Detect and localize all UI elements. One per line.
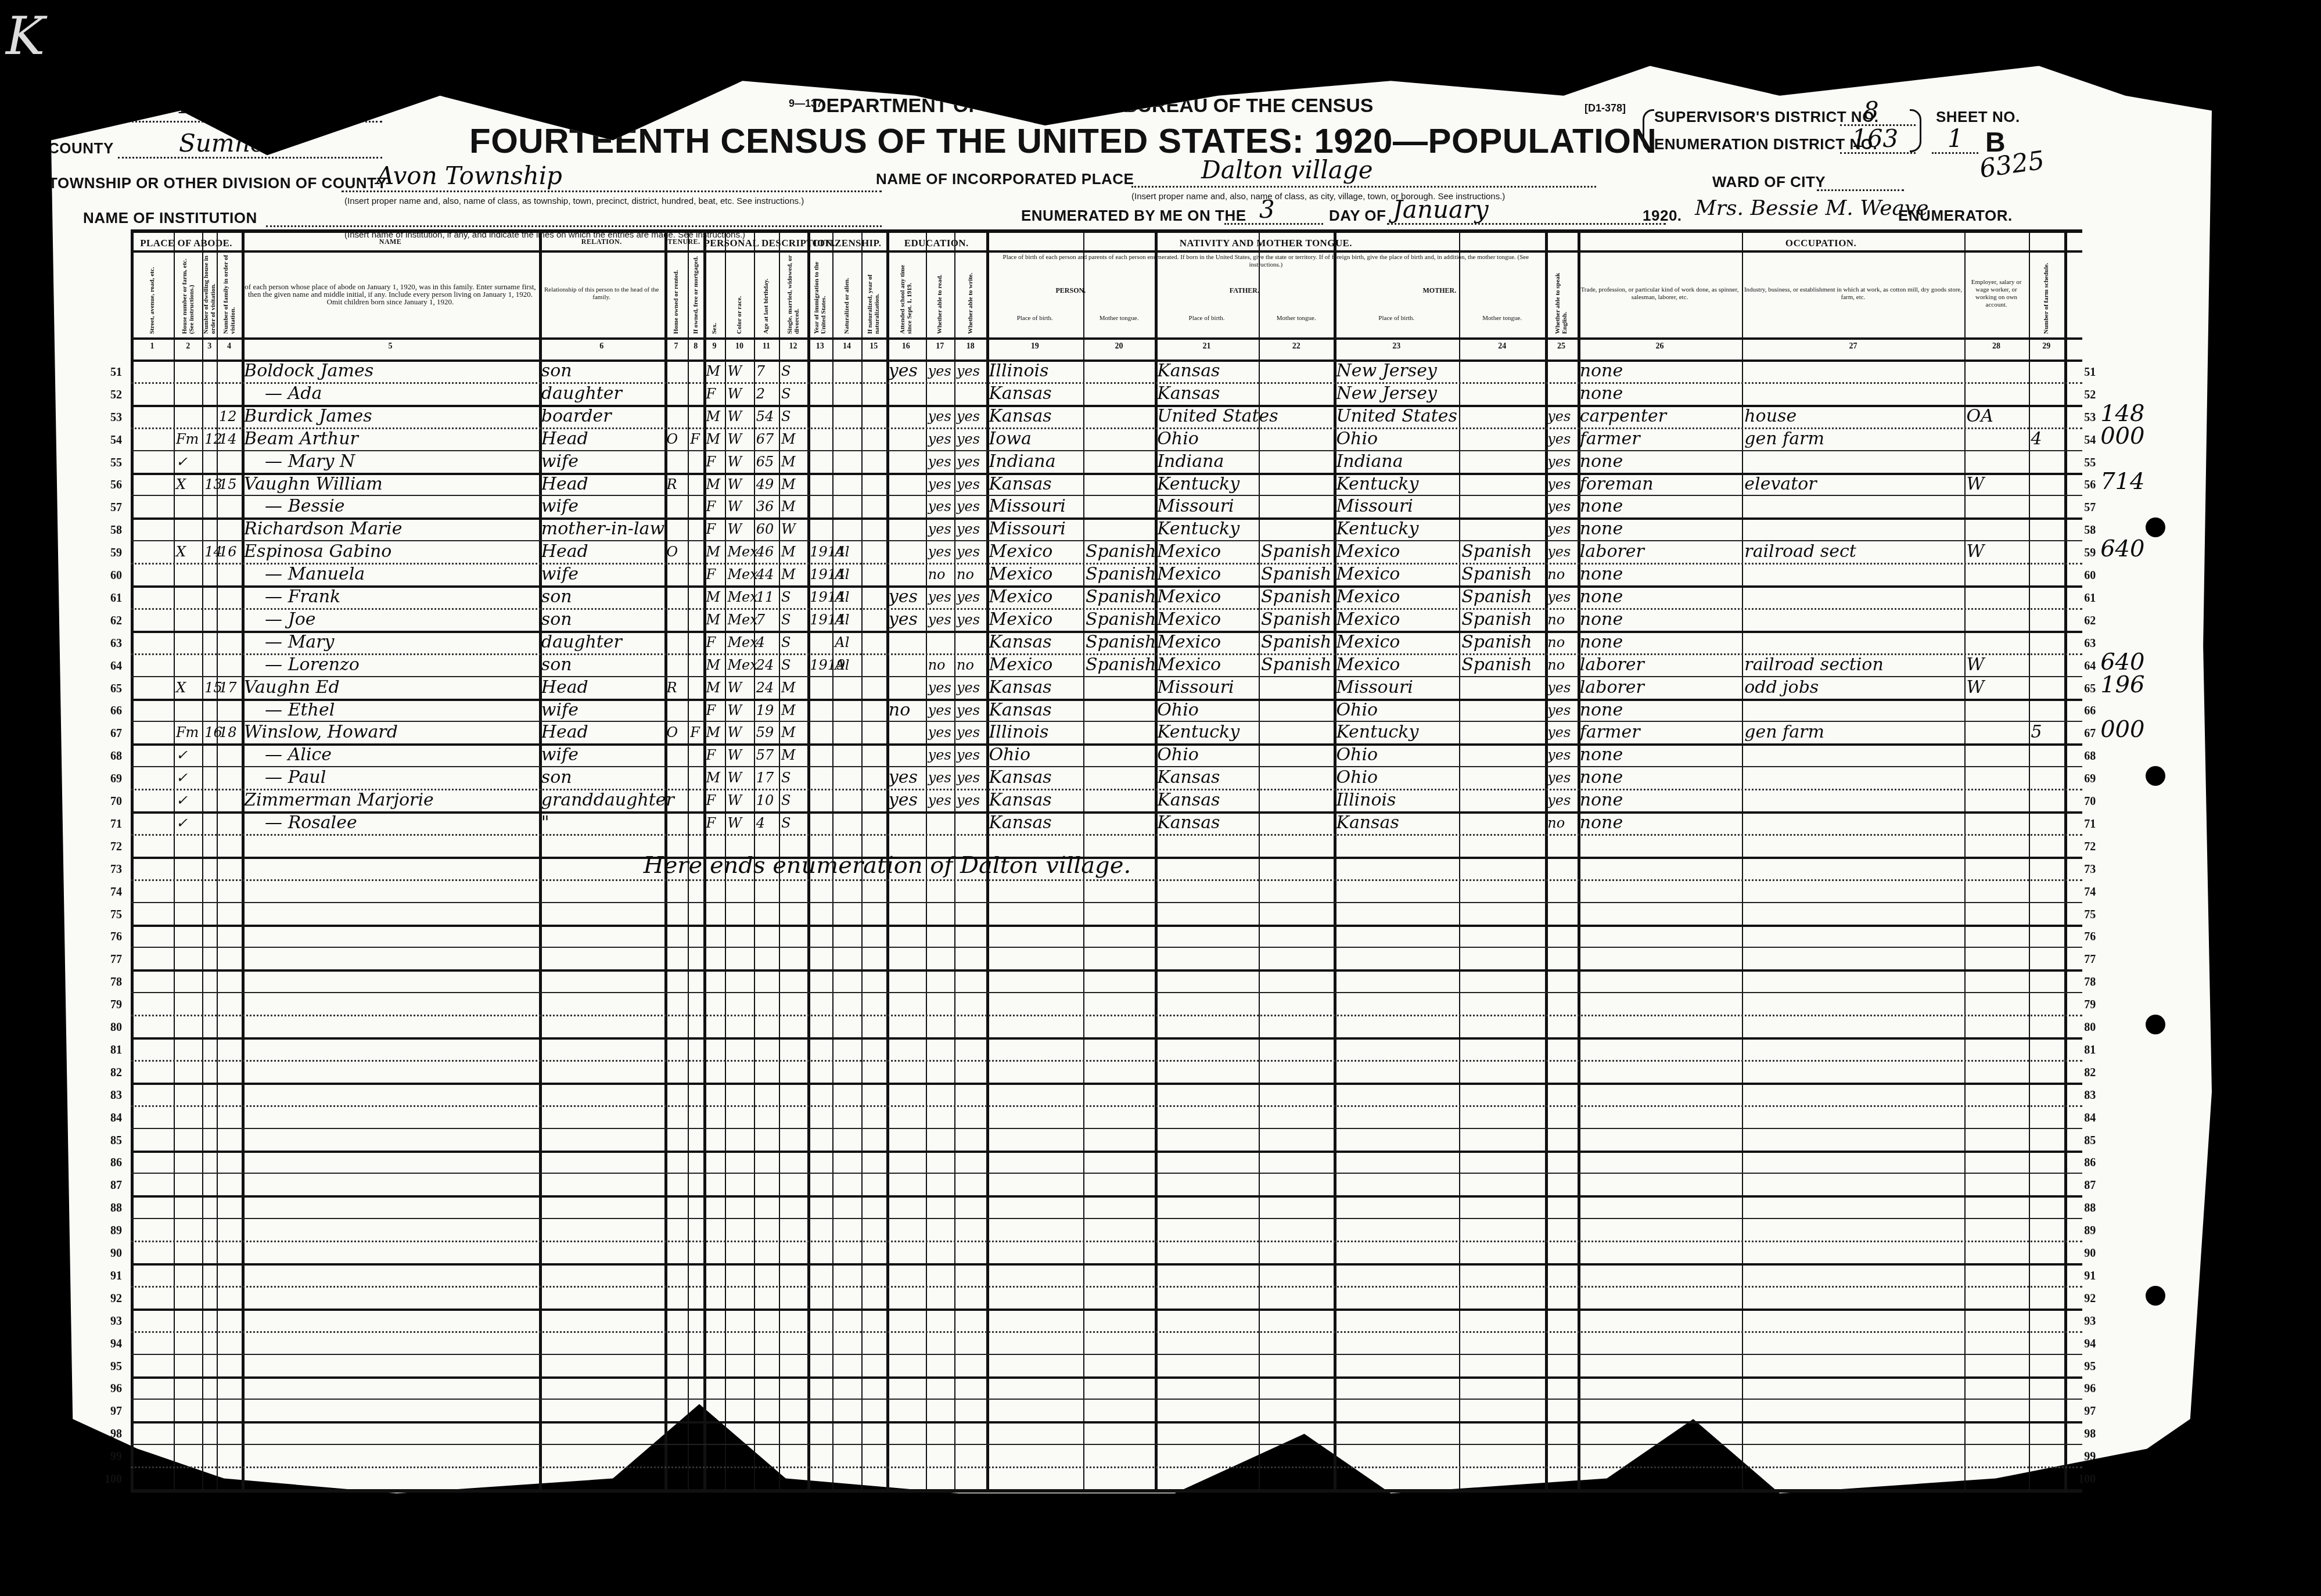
cell-race: W [727,361,742,382]
column-number: 29 [2029,342,2065,351]
page-title: FOURTEENTH CENSUS OF THE UNITED STATES: … [469,121,1657,161]
cell-c17: yes [928,767,951,788]
cell-c17: no [928,655,946,675]
day-of-label: DAY OF [1329,207,1386,225]
cell-race: W [727,790,742,811]
column-header-16: Attended school any time since Sept. 1, … [886,251,926,336]
cell-age: 57 [756,745,774,765]
enumeration-district-value: 163 [1852,124,1898,153]
margin-note: 196 [2100,671,2144,698]
cell-ms: S [781,655,791,675]
cell-mpob: Mexico [1336,632,1400,653]
cell-mt: Spanish [1086,632,1156,653]
cell-fmt: Spanish [1261,541,1331,562]
cell-rel: son [541,609,572,630]
incorporated-place-value: Dalton village [1201,156,1373,184]
cell-c17: yes [928,496,951,517]
cell-fpob: Kansas [1157,383,1220,404]
cell-pob: Kansas [989,813,1051,833]
column-number: 24 [1459,342,1545,351]
line-number-left: 66 [99,704,122,718]
cell-mpob: Ohio [1336,745,1378,765]
cell-fpob: Mexico [1157,632,1221,653]
cell-mpob: Mexico [1336,564,1400,585]
cell-mmt: Spanish [1461,587,1532,608]
cell-occ: laborer [1580,677,1644,698]
cell-age: 2 [756,383,765,404]
line-number-right: 100 [2072,1473,2096,1486]
line-number-left: 56 [99,479,122,492]
column-number: 1 [131,342,174,351]
line-number-left: 60 [99,569,122,583]
cell-mpob: Mexico [1336,587,1400,608]
table-row: ✓Zimmerman MarjoriegranddaughterFW10Syes… [131,789,2082,811]
cell-rel: daughter [541,632,622,653]
cell-c29: 4 [2031,429,2042,450]
cell-sex: F [706,813,716,833]
cell-age: 59 [756,722,774,743]
cell-c25: no [1547,609,1565,630]
cell-c17: yes [928,700,951,721]
cell-c18: yes [957,767,980,788]
cell-race: W [727,474,742,495]
cell-sex: F [706,790,716,811]
column-group-title: OCCUPATION. [1578,238,2064,249]
cell-age: 19 [756,700,774,721]
column-number: 8 [688,342,703,351]
cell-name: — Mary [265,632,334,653]
cell-fpob: Mexico [1157,587,1221,608]
cell-mmt: Spanish [1461,655,1532,675]
cell-rel: mother-in-law [541,519,664,540]
cell-mmt: Spanish [1461,541,1532,562]
column-header-11: Age at last birthday. [754,251,779,336]
cell-sex: M [706,474,720,495]
column-number: 17 [926,342,954,351]
cell-mpob: Missouri [1336,496,1413,517]
line-number-left: 83 [99,1089,122,1102]
cell-sex: F [706,745,716,765]
enumerated-month: January [1393,195,1489,224]
cell-c25: yes [1547,745,1571,765]
column-number: 7 [664,342,688,351]
cell-c14: Al [835,587,849,608]
cell-rel: son [541,767,572,788]
cell-mt: Spanish [1086,609,1156,630]
institution-label: NAME OF INSTITUTION [83,209,257,227]
cell-c14: Al [835,541,849,562]
cell-sex: M [706,655,720,675]
column-header-19: Place of birth. [986,301,1083,335]
line-number-right: 76 [2072,930,2096,944]
line-number-right: 99 [2072,1450,2096,1464]
cell-fmt: Spanish [1261,632,1331,653]
sheet-number-value: 1 [1948,124,1963,153]
cell-sex: M [706,541,720,562]
cell-c18: yes [957,745,980,765]
cell-ms: M [781,541,796,562]
column-number: 27 [1742,342,1964,351]
column-header-4: Number of family in order of visitation. [217,251,242,336]
line-number-left: 81 [99,1044,122,1057]
cell-ms: M [781,474,796,495]
cell-occ: foreman [1580,474,1654,495]
column-header-9: Sex. [703,251,725,336]
cell-c7: O [667,722,678,743]
cell-c14: Al [835,564,849,585]
cell-ms: M [781,429,796,450]
cell-age: 65 [756,451,774,472]
cell-occ: none [1580,587,1623,608]
cell-ms: S [781,406,791,427]
cell-c25: yes [1547,767,1571,788]
cell-c4: 16 [219,541,237,562]
cell-ms: M [781,451,796,472]
cell-name: — Ada [265,383,322,404]
cell-mpob: Kentucky [1336,474,1418,495]
cell-c25: yes [1547,790,1571,811]
line-number-left: 55 [99,456,122,470]
cell-c28: OA [1967,406,1993,427]
cell-fpob: Mexico [1157,655,1221,675]
form-code: [D1-378] [1585,102,1626,114]
cell-c25: no [1547,632,1565,653]
cell-age: 44 [756,564,774,585]
cell-c18: yes [957,541,980,562]
line-number-left: 78 [99,976,122,989]
cell-ms: S [781,813,791,833]
column-header-8: If owned, free or mortgaged. [688,251,703,336]
cell-c25: yes [1547,541,1571,562]
year-label: 1920. [1643,207,1682,225]
column-header-18: Whether able to write. [954,251,986,336]
cell-name: — Bessie [265,496,344,517]
line-number-left: 77 [99,953,122,966]
cell-name: — Rosalee [265,813,357,833]
cell-mt: Spanish [1086,564,1156,585]
cell-c2: X [176,677,186,698]
column-header-29: Number of farm schedule. [2029,251,2065,336]
cell-pob: Mexico [989,609,1052,630]
cell-occ: none [1580,745,1623,765]
column-header-6: Relationship of this person to the head … [539,251,664,336]
column-number: 25 [1545,342,1577,351]
column-number: 2 [174,342,202,351]
cell-ind: railroad section [1744,655,1883,675]
cell-race: W [727,451,742,472]
cell-pob: Missouri [989,519,1065,540]
line-number-left: 73 [99,863,122,876]
cell-c7: O [667,541,678,562]
cell-race: Mex [727,564,757,585]
cell-c18: yes [957,406,980,427]
cell-rel: granddaughter [541,790,674,811]
line-number-left: 53 [99,411,122,425]
column-number: 9 [703,342,725,351]
line-number-left: 85 [99,1134,122,1148]
cell-fpob: Kansas [1157,361,1220,382]
cell-rel: Head [541,541,588,562]
line-number-left: 67 [99,727,122,741]
cell-c16: yes [889,609,918,630]
line-number-left: 62 [99,614,122,628]
cell-c25: no [1547,655,1565,675]
line-number-left: 90 [99,1247,122,1260]
cell-mpob: Mexico [1336,609,1400,630]
table-row: X1315Vaughn WilliamHeadRMW49MyesyesKansa… [131,473,2082,495]
table-row: X1517Vaughn EdHeadRMW24MyesyesKansasMiss… [131,676,2082,699]
cell-c17: yes [928,722,951,743]
cell-age: 36 [756,496,774,517]
cell-name: — Lorenzo [265,655,360,675]
column-header-24: Mother tongue. [1459,301,1545,335]
line-number-left: 54 [99,434,122,447]
cell-age: 46 [756,541,774,562]
cell-name: — Paul [265,767,326,788]
cell-fpob: Kentucky [1157,474,1239,495]
cell-race: Mex [727,609,757,630]
cell-race: Mex [727,541,757,562]
cell-ms: S [781,383,791,404]
line-number-right: 90 [2072,1247,2096,1260]
line-number-left: 94 [99,1338,122,1351]
cell-rel: boarder [541,406,612,427]
table-row: ✓— PaulsonMW17SyesyesyesKansasKansasOhio… [131,766,2082,789]
cell-name: Vaughn Ed [244,677,340,698]
margin-note: 000 [2100,716,2144,743]
column-group-title: TENURE. [664,238,704,246]
cell-pob: Mexico [989,564,1052,585]
margin-note: 000 [2100,423,2144,450]
cell-c2: Fm [176,722,199,743]
cell-ms: S [781,609,791,630]
table-row: — FranksonMMex11S1914AlyesyesyesMexicoSp… [131,585,2082,608]
cell-age: 54 [756,406,774,427]
line-number-right: 94 [2072,1338,2096,1351]
cell-race: W [727,813,742,833]
cell-mpob: New Jersey [1336,383,1436,404]
cell-fpob: Kansas [1157,813,1220,833]
column-header-14: Naturalized or alien. [832,251,861,336]
table-row: Richardson Mariemother-in-lawFW60Wyesyes… [131,517,2082,540]
line-number-left: 91 [99,1270,122,1283]
line-number-right: 83 [2072,1089,2096,1102]
cell-ms: M [781,564,796,585]
cell-c14: Al [835,655,849,675]
cell-c18: yes [957,609,980,630]
punch-hole [2146,1286,2165,1306]
line-number-left: 58 [99,524,122,537]
cell-mpob: Missouri [1336,677,1413,698]
county-value: Sumner [179,129,276,157]
cell-name: Boldock James [244,361,373,382]
cell-c16: yes [889,587,918,608]
cell-c18: yes [957,700,980,721]
nativity-subhead-father: FATHER. [1155,286,1334,295]
cell-c8: F [690,722,700,743]
column-number: 21 [1155,342,1259,351]
cell-sex: F [706,451,716,472]
cell-sex: F [706,496,716,517]
cell-c18: yes [957,677,980,698]
cell-rel: " [541,813,549,833]
cell-sex: M [706,587,720,608]
cell-rel: Head [541,474,588,495]
cell-c25: yes [1547,406,1571,427]
department-heading: DEPARTMENT OF COMMERCE—BUREAU OF THE CEN… [812,95,1374,117]
cell-c17: yes [928,519,951,540]
cell-age: 4 [756,632,765,653]
cell-c2: ✓ [176,451,188,472]
table-row: — EthelwifeFW19MnoyesyesKansasOhioOhioye… [131,699,2082,721]
cell-race: Mex [727,632,757,653]
cell-sex: M [706,767,720,788]
cell-occ: none [1580,361,1623,382]
cell-c17: yes [928,451,951,472]
column-number: 20 [1083,342,1155,351]
cell-c4: 15 [219,474,237,495]
column-header-3: Number of dwelling house in order of vis… [202,251,217,336]
table-row: 12Burdick JamesboarderMW54SyesyesKansasU… [131,405,2082,427]
column-number: 13 [807,342,832,351]
line-number-right: 77 [2072,953,2096,966]
cell-mpob: Ohio [1336,767,1378,788]
cell-c4: 18 [219,722,237,743]
column-group-title: NATIVITY AND MOTHER TONGUE. [986,238,1545,249]
line-number-right: 81 [2072,1044,2096,1057]
enumerated-label: ENUMERATED BY ME ON THE [1021,207,1246,225]
cell-c25: yes [1547,474,1571,495]
line-number-left: 64 [99,660,122,673]
line-number-left: 74 [99,886,122,899]
column-header-22: Mother tongue. [1259,301,1334,335]
table-row: — BessiewifeFW36MyesyesMissouriMissouriM… [131,495,2082,517]
cell-c2: X [176,474,186,495]
cell-c18: yes [957,451,980,472]
cell-fmt: Spanish [1261,655,1331,675]
line-number-right: 88 [2072,1202,2096,1215]
cell-ms: S [781,790,791,811]
line-number-left: 76 [99,930,122,944]
cell-age: 60 [756,519,774,540]
line-number-left: 84 [99,1112,122,1125]
column-group-title: CITIZENSHIP. [807,238,886,249]
nativity-subhead-person: PERSON. [986,286,1155,295]
column-header-12: Single, married, widowed, or divorced. [779,251,807,336]
cell-fpob: Kentucky [1157,722,1239,743]
line-number-left: 100 [99,1473,122,1486]
table-row: Boldock JamessonMW7SyesyesyesIllinoisKan… [131,360,2082,382]
cell-occ: none [1580,767,1623,788]
column-number: 16 [886,342,926,351]
cell-name: — Manuela [265,564,365,585]
column-number: 22 [1259,342,1334,351]
cell-mpob: Indiana [1336,451,1403,472]
cell-rel: wife [541,564,579,585]
cell-mpob: Mexico [1336,541,1400,562]
cell-rel: daughter [541,383,622,404]
cell-occ: farmer [1580,429,1640,450]
cell-c25: yes [1547,722,1571,743]
line-number-right: 84 [2072,1112,2096,1125]
cell-c25: yes [1547,519,1571,540]
line-number-left: 59 [99,547,122,560]
cell-c7: O [667,429,678,450]
cell-occ: none [1580,700,1623,721]
line-number-right: 75 [2072,908,2096,922]
cell-rel: wife [541,745,579,765]
cell-mpob: Kentucky [1336,519,1418,540]
cell-c17: yes [928,587,951,608]
cell-ms: M [781,745,796,765]
cell-rel: son [541,655,572,675]
supervisor-district-value: 8 [1863,96,1879,125]
column-number: 19 [986,342,1083,351]
column-header-23: Place of birth. [1334,301,1459,335]
cell-race: W [727,519,742,540]
cell-age: 4 [756,813,765,833]
cell-occ: none [1580,496,1623,517]
cell-name: — Frank [265,587,340,608]
cell-fmt: Spanish [1261,587,1331,608]
cell-ms: S [781,767,791,788]
cell-mmt: Spanish [1461,564,1532,585]
line-number-right: 95 [2072,1360,2096,1374]
state-label: STATE [48,103,97,121]
cell-name: Espinosa Gabino [244,541,391,562]
cell-c25: yes [1547,587,1571,608]
cell-c2: ✓ [176,813,188,833]
cell-race: W [727,677,742,698]
line-number-left: 61 [99,592,122,605]
cell-c29: 5 [2031,722,2042,743]
column-header-25: Whether able to speak English. [1545,251,1577,336]
cell-race: W [727,722,742,743]
line-number-right: 86 [2072,1156,2096,1170]
cell-mt: Spanish [1086,587,1156,608]
cell-mpob: Kansas [1336,813,1399,833]
line-number-right: 91 [2072,1270,2096,1283]
cell-sex: F [706,632,716,653]
line-number-left: 72 [99,840,122,854]
cell-name: Vaughn William [244,474,383,495]
cell-age: 17 [756,767,774,788]
cell-pob: Kansas [989,700,1051,721]
cell-c18: yes [957,496,980,517]
column-number: 4 [217,342,242,351]
cell-c7: R [667,474,677,495]
cell-occ: laborer [1580,541,1644,562]
column-header-28: Employer, salary or wage worker, or work… [1964,251,2029,336]
cell-mt: Spanish [1086,541,1156,562]
line-number-left: 51 [99,366,122,379]
cell-pob: Kansas [989,767,1051,788]
line-number-left: 70 [99,795,122,808]
line-number-left: 57 [99,501,122,515]
cell-occ: carpenter [1580,406,1666,427]
cell-c17: yes [928,474,951,495]
line-number-left: 75 [99,908,122,922]
cell-c28: W [1967,655,1985,675]
cell-name: Zimmerman Marjorie [244,790,434,811]
cell-sex: M [706,361,720,382]
cell-occ: none [1580,519,1623,540]
cell-rel: wife [541,451,579,472]
cell-occ: laborer [1580,655,1644,675]
cell-ms: S [781,632,791,653]
cell-occ: none [1580,609,1623,630]
cell-c8: F [690,429,700,450]
